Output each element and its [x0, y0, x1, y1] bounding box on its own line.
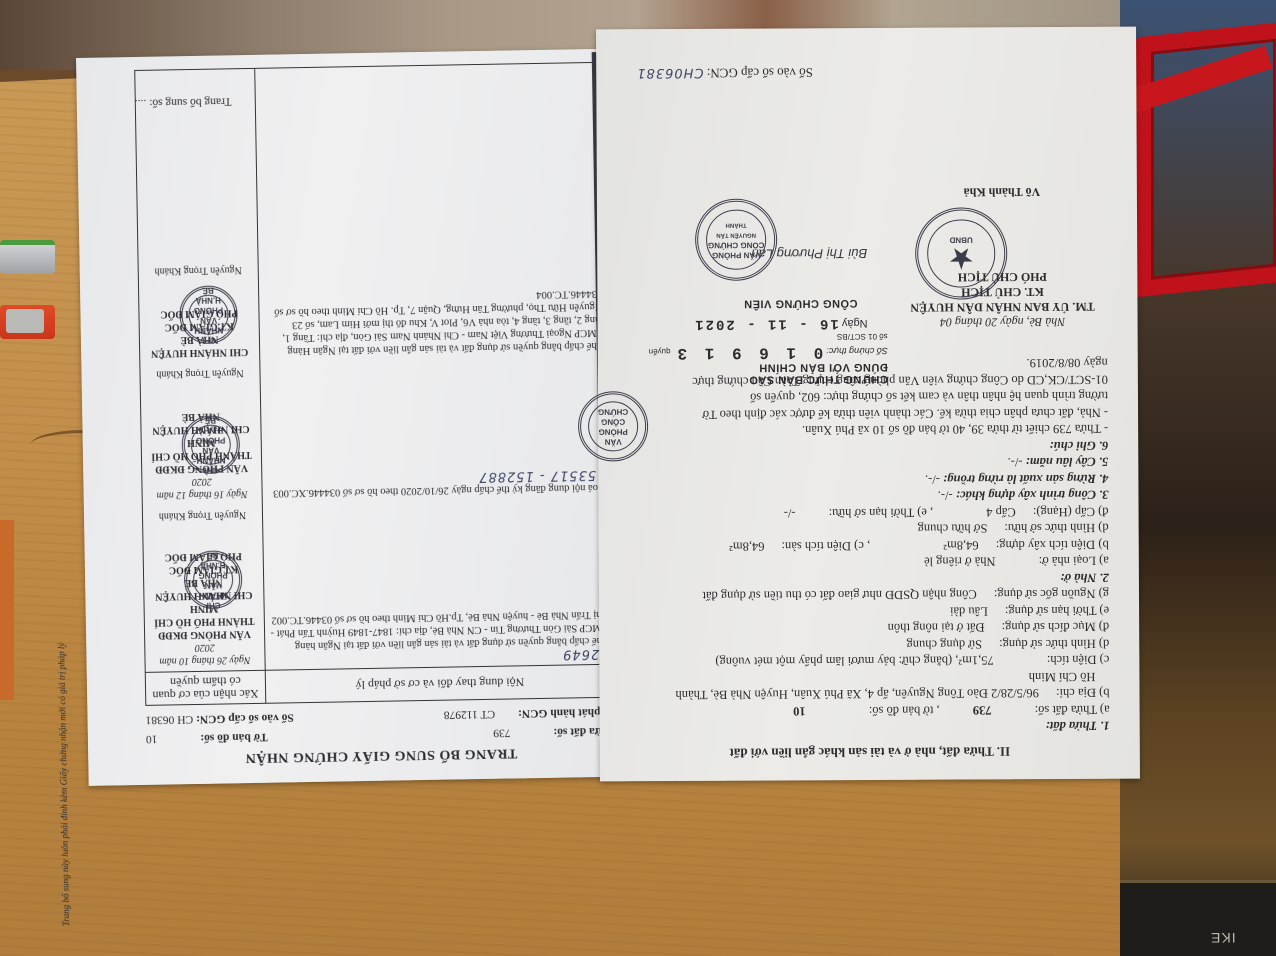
address-label: b) Địa chỉ: — [1056, 686, 1110, 700]
supplement-page-label: Trang bổ sung số: .... — [135, 95, 232, 109]
stamp-line: VĂN PHÒNG — [189, 304, 228, 325]
stamp-line: CHI NHÁNH — [194, 589, 233, 610]
note-line: - Nhà, đất chưa phân chia thừa kế. Các t… — [628, 404, 1108, 423]
header-content: Nội dung thay đổi và cơ sở pháp lý — [265, 664, 615, 703]
house-type-row: a) Loại nhà ở: Nhà ở riêng lẻ — [629, 553, 1109, 572]
grade-label: đ) Cấp (Hạng): — [1033, 505, 1109, 519]
term-value: Lâu dài — [950, 604, 988, 618]
other-item: 5. Cây lâu năm: -/-. — [628, 454, 1108, 473]
house-type-value: Nhà ở riêng lẻ — [924, 555, 996, 569]
certified-date: 16 - 11 - 2021 — [693, 315, 839, 332]
stamp-line: CÔNG CHỨNG — [708, 240, 764, 250]
registry-value: CH 06381 — [145, 713, 193, 726]
lighter — [0, 305, 55, 339]
stamp-line: VĂN PHÒNG — [194, 569, 233, 590]
origin-row: g) Nguồn gốc sử dụng: Công nhận QSDĐ như… — [629, 586, 1109, 605]
notary-role: CÔNG CHỨNG VIÊN — [647, 297, 857, 310]
area-value: 75,1m², (bằng chữ: bảy mươi lăm phẩy một… — [715, 654, 993, 669]
orange-object — [0, 520, 14, 700]
parcel-value: 739 — [973, 703, 992, 717]
map-sheet-label: , tờ bản đồ số: — [869, 704, 940, 718]
stamp-line: CÔNG CHỨNG — [589, 406, 637, 426]
issue-place-date: Nhà Bè, ngày 20 tháng 04 — [888, 314, 1118, 330]
own-term-label: , e) Thời hạn sở hữu: — [829, 506, 934, 521]
certified-number: 0 1 6 9 1 3 — [674, 343, 824, 362]
house-type-label: a) Loại nhà ở: — [1039, 554, 1109, 568]
map-sheet-label: Tờ bản đồ số: — [200, 731, 268, 744]
purpose-row: đ) Mục đích sử dụng: Đất ở tại nông thôn — [629, 619, 1109, 638]
header-confirmation: Xác nhận của cơ quan có thẩm quyền — [145, 670, 266, 705]
use-form-label: d) Hình thức sử dụng: — [999, 637, 1109, 652]
issue-no-value: CT 112978 — [444, 708, 496, 721]
note-line: - Thửa 739 chiết từ thửa 39, 40 tờ bản đ… — [628, 421, 1108, 440]
issue-org: TM. ỦY BAN NHÂN DÂN HUYỆN — [887, 299, 1117, 315]
other-item: 3. Công trình xây dựng khác: -/-. — [628, 487, 1108, 506]
built-area-value: 64,8m² — [943, 538, 978, 552]
certificate-page: II. Thửa đất, nhà ở và tài sản khác gắn … — [596, 27, 1140, 782]
area-label: c) Diện tích: — [1047, 653, 1110, 667]
grade-value: Cấp 4 — [986, 505, 1016, 519]
other-item-value: -/-. — [925, 473, 940, 487]
section-title: II. Thửa đất, nhà ở và tài sản khác gắn … — [630, 742, 1110, 761]
issue-signer: Võ Thành Khả — [887, 184, 1117, 200]
origin-label: g) Nguồn gốc sử dụng: — [994, 587, 1109, 602]
parcel-value: 739 — [493, 727, 510, 739]
term-row: e) Thời hạn sử dụng: Lâu dài — [629, 602, 1109, 621]
other-item-label: 4. Rừng sản xuất là rừng trồng: — [943, 472, 1108, 487]
stamp-line: CHI NHÁNH — [189, 324, 228, 345]
supplement-page-content: TRANG BỔ SUNG GIẤY CHỨNG NHẬN Thửa đất s… — [76, 48, 641, 786]
address-cont: Hồ Chí Minh — [629, 668, 1109, 687]
row-signer: Nguyễn Trọng Khánh — [144, 263, 253, 278]
note-line: tường trình quan hệ nhân thân và cam kết… — [628, 388, 1108, 407]
map-sheet-value: 10 — [793, 704, 806, 718]
land-heading: 1. Thửa đất: — [630, 718, 1110, 737]
row-signer: Nguyễn Trọng Khánh — [148, 508, 257, 523]
floor-area-label: , c) Diện tích sàn: — [782, 539, 871, 553]
built-area-row: b) Diện tích xây dựng: 64,8m² , c) Diện … — [629, 536, 1109, 555]
parcel-row: a) Thửa đất số: 739 , tờ bản đồ số: 10 — [630, 701, 1110, 720]
use-form-value: Sử dụng chung — [906, 637, 982, 651]
certified-number-label: Số chứng thực: — [826, 346, 888, 356]
ownership-value: Sở hữu chung — [918, 522, 988, 536]
stamp-line: NGUYỄN TẤN THÀNH — [707, 220, 764, 240]
parcel-label: a) Thửa đất số: — [1035, 703, 1110, 717]
parcel-meta: Thửa đất số: 739 Tờ bản đồ số: 10 — [146, 723, 616, 746]
district-committee-stamp: UBND — [915, 207, 1007, 299]
row-signer: Nguyễn Trọng Khánh — [145, 366, 254, 381]
other-item-value: -/-. — [1008, 456, 1023, 470]
ownership-row: d) Hình thức sở hữu: Sở hữu chung — [629, 520, 1109, 539]
own-term-value: -/- — [784, 506, 796, 520]
certified-copy-title: CHỨNG THỰC BẢN SAO — [648, 373, 888, 386]
notary-stamp-edge: VĂN PHÒNG CÔNG CHỨNG — [578, 391, 648, 461]
registry-number: Số vào sổ cấp GCN: CH06381 — [636, 64, 813, 81]
stamp-line: VĂN PHÒNG — [589, 426, 637, 446]
stamp-line: CHI NHÁNH — [192, 454, 231, 475]
certified-date-label: Ngày — [842, 317, 868, 329]
supplement-title: TRANG BỔ SUNG GIẤY CHỨNG NHẬN — [146, 744, 616, 767]
area-row: c) Diện tích: 75,1m², (bằng chữ: bảy mươ… — [629, 652, 1109, 671]
registry-value: CH06381 — [636, 65, 703, 80]
stamp-line: UBND — [950, 234, 973, 244]
other-item-label: 3. Công trình xây dựng khác: — [956, 488, 1109, 503]
row-content: Thế chấp bằng quyền sử dụng đất và tài s… — [270, 608, 609, 653]
certified-copy-block: CHỨNG THỰC BẢN SAO ĐÚNG VỚI BẢN CHÍNH Số… — [647, 246, 888, 386]
certified-copy-subtitle: ĐÚNG VỚI BẢN CHÍNH — [648, 361, 888, 374]
stamp-line: VĂN PHÒNG — [191, 434, 230, 455]
use-form-row: d) Hình thức sử dụng: Sử dụng chung — [629, 635, 1109, 654]
floor-area-value: 64,8m² — [729, 540, 764, 554]
purpose-label: đ) Mục đích sử dụng: — [1002, 620, 1110, 635]
stamp-line: H.NHÀ BÈ — [191, 414, 230, 435]
row-date: Ngày 16 tháng 12 năm 2020 — [147, 474, 256, 502]
stamp-line: H.NHÀ BÈ — [189, 284, 228, 305]
ownership-label: d) Hình thức sở hữu: — [1004, 521, 1108, 536]
origin-value: Công nhận QSDĐ như giao đất có thu tiền … — [702, 588, 976, 603]
other-item-value: -/-. — [938, 489, 953, 503]
registry-label: Số vào sổ cấp GCN: — [707, 65, 813, 81]
row-content: Thế chấp bằng quyền sử dụng đất và tài s… — [264, 287, 603, 358]
purpose-value: Đất ở tại nông thôn — [888, 621, 985, 636]
certified-number-row: Số chứng thực: 0 1 6 9 1 3 quyển số 01 S… — [648, 331, 888, 362]
map-sheet-value: 10 — [146, 733, 158, 745]
cardboard-box — [1120, 880, 1276, 956]
registry-label: Số vào sổ cấp GCN: — [196, 711, 294, 725]
box-label: IKE — [1210, 930, 1236, 946]
built-area-label: b) Diện tích xây dựng: — [996, 538, 1109, 553]
address-row: b) Địa chỉ: 96/5/28/2 Đào Tông Nguyên, ấ… — [629, 685, 1109, 704]
other-item: 4. Rừng sản xuất là rừng trồng: -/-. — [628, 470, 1108, 489]
certificate-page-content: II. Thửa đất, nhà ở và tài sản khác gắn … — [596, 27, 1140, 782]
org-line: VĂN PHÒNG ĐKĐĐ — [150, 627, 259, 642]
grade-row: đ) Cấp (Hạng): Cấp 4 , e) Thời hạn sở hữ… — [629, 503, 1109, 522]
supplement-page: TRANG BỔ SUNG GIẤY CHỨNG NHẬN Thửa đất s… — [76, 48, 641, 786]
stamp-line: VĂN PHÒNG — [712, 250, 761, 260]
metal-clip — [0, 240, 55, 274]
notary-stamp: VĂN PHÒNG CÔNG CHỨNG NGUYỄN TẤN THÀNH — [695, 198, 777, 280]
address-value: 96/5/28/2 Đào Tông Nguyên, ấp 4, Xã Phú … — [676, 687, 1039, 703]
other-item-label: 5. Cây lâu năm: — [1026, 455, 1109, 469]
row-date: Ngày 26 tháng 10 năm 2020 — [150, 640, 259, 668]
issue-org: KT. CHỦ TỊCH — [887, 284, 1117, 300]
certified-date-row: Ngày 16 - 11 - 2021 — [648, 315, 868, 332]
term-label: e) Thời hạn sử dụng: — [1005, 604, 1109, 619]
stamp-line: H.NHÀ BÈ — [193, 549, 232, 570]
